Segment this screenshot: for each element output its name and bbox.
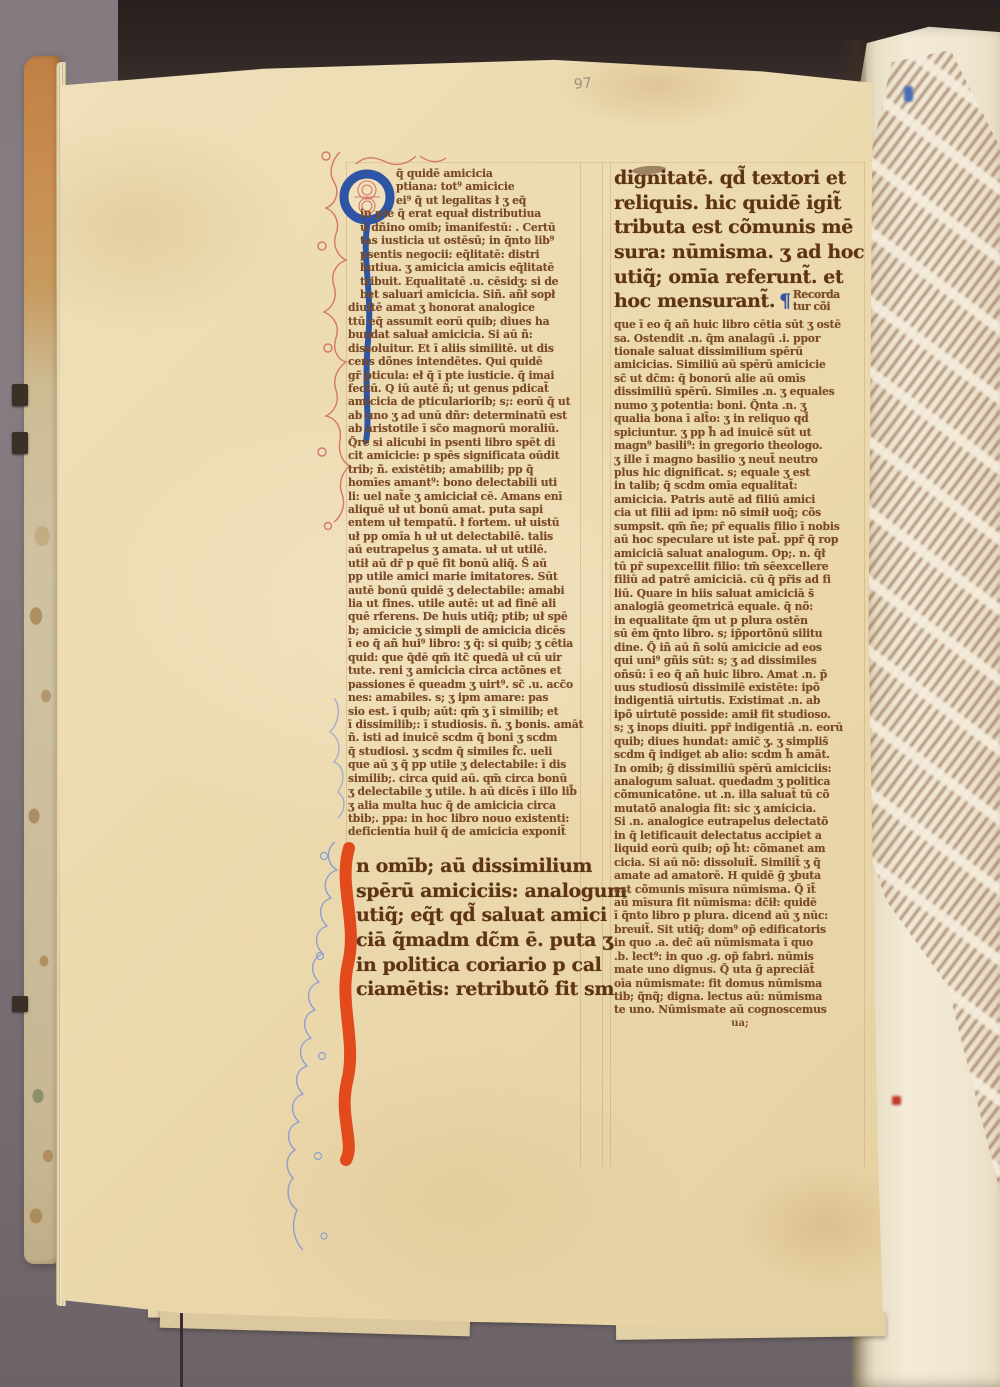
book-spine-fore-edge (24, 56, 60, 1264)
manuscript-text-line: mutatõ analogia fit: sic ʒ amicicia. (614, 802, 866, 815)
manuscript-text-line: dissimiliū spērū. Similes .n. ʒ equales (614, 385, 866, 398)
manuscript-text-line: psentis negocii: eq̃litatē: distri (348, 248, 580, 261)
manuscript-text-line: ab uno ʒ ad unū dñr: determinatū est (348, 409, 580, 422)
display-text-line: ciā q̃madm dc̃m ē. puta ʒ (356, 928, 606, 953)
blue-filigree-flourish (330, 698, 344, 818)
manuscript-text-line: aū mīsura fit nūmisma: dc̃ił: quidē (614, 896, 866, 909)
manuscript-text-line: ipõ uirtutē posside: amił fit studioso. (614, 708, 866, 721)
manuscript-text-line: tute. reni ʒ amicicia circa actõnes et (348, 664, 580, 677)
clasp-remnant (12, 996, 28, 1012)
manuscript-text-line: dissoluitur. Et ī aliis similitē. ut dis (348, 342, 580, 355)
manuscript-text-line: amate ad amatorē. H quidē g̃ ʒbuta (614, 869, 866, 882)
ruling-line (610, 162, 611, 1167)
display-text-line: sura: nūmisma. ʒ ad hoc (614, 240, 866, 265)
manuscript-text-line: oñsū: ī eo q̃ añ huic libro. Amat .n. p̃ (614, 668, 866, 681)
manuscript-text-line: bundat saluał amicicia. Si aū ñ: (348, 328, 580, 341)
display-text-line: tributa est cõmunis mē (614, 215, 866, 240)
manuscript-text-line: ī eo q̃ añ hui⁹ libro: ʒ q̃: si quib; ʒ … (348, 637, 580, 650)
display-text-line: dignitatē. qd̃ textori et (614, 166, 866, 191)
manuscript-text-line: fectū. Q iū autē ñ; ut genus pdicat̃ (348, 382, 580, 395)
manuscript-text-line: passiones ē queadm ʒ uirt⁹. sc̃ .u. acc̃… (348, 678, 580, 691)
display-text-line: spērū amiciciis: analogum (356, 879, 606, 904)
manuscript-text-line: utił aū dr̃ p quē fit bonū aliq̃. S̃ aū (348, 557, 580, 570)
manuscript-text-line: tas iusticia ut ostēsū; in q̃nto lib⁹ (348, 234, 580, 247)
manuscript-text-line: ī dissimilib;: ī studiosis. ñ. ʒ bonis. … (348, 718, 580, 731)
manuscript-text-line: cit amicicie: p spēs significata oūdit (348, 449, 580, 462)
cradle-shadow-line (180, 1306, 183, 1387)
display-text-line: in politica coriario p cal (356, 953, 606, 978)
manuscript-text-line: sumpsit. qm̃ ñe; pr̃ equalis filio ī nob… (614, 520, 866, 533)
manuscript-text-line: b; amicicie ʒ simpli de amicicia dicēs (348, 624, 580, 637)
manuscript-text-line: in talib; q̃ scdm omīa equalitat̃: (614, 479, 866, 492)
display-text-line-with-paraph: hoc mensurant̃.¶Recordatur cõi (614, 289, 866, 314)
manuscript-text-line: tur cõi (793, 301, 840, 313)
manuscript-text-line: cicia. Si aū nõ: dissoluit̃. Similit̃ ʒ … (614, 856, 866, 869)
manuscript-text-line: in equalitate q̃m ut p plura ostēn (614, 614, 866, 627)
manuscript-page: 97 (56, 56, 886, 1336)
blue-paraph-mark: ¶ (779, 290, 791, 312)
manuscript-text-line: est cõmunis mīsura nūmisma. Q̃ īt̃ (614, 883, 866, 896)
right-display-paragraph: dignitatē. qd̃ textori etreliquis. hic q… (614, 166, 866, 289)
display-text-line: n omīb; aū dissimilium (356, 854, 606, 879)
manuscript-text-line: amicicia. Patris autē ad filiū amici (614, 493, 866, 506)
manuscript-text-line: Q̃re si alicubi in psenti libro spēt di (348, 436, 580, 449)
manuscript-text-line: spiciuntur. ʒ pp h̃ ad inuicē sūt ut (614, 426, 866, 439)
manuscript-text-line: analogum saluat. quedadm ʒ politica (614, 775, 866, 788)
manuscript-text-line: .b. lect⁹: in quo .g. op̃ fabri. nūmis (614, 950, 866, 963)
manuscript-text-line: te uno. Nūmismate aū cognoscemus (614, 1003, 866, 1016)
manuscript-text-line: sio est. ī quib; aūt: qm̃ ʒ ī similib; e… (348, 705, 580, 718)
manuscript-text-line: autē bonū quidē ʒ delectabile: amabi (348, 584, 580, 597)
display-text-line: reliquis. hic quidē igit̃ (614, 191, 866, 216)
manuscript-text-line: sc̃ ut dc̃m: q̃ bonorū alie aū omīs (614, 372, 866, 385)
manuscript-text-line: ī q̃nto libro p plura. dicend aū ʒ nūc: (614, 909, 866, 922)
manuscript-text-line: entem uł tempatū. ł fortem. uł uistū (348, 516, 580, 529)
manuscript-text-line: pp utile amici marie imitatores. Sūt (348, 570, 580, 583)
manuscript-text-line: ʒ alia multa huc q̃ de amicicia circa (348, 799, 580, 812)
manuscript-text-line: In omib; g̃ dissimiliū spērū amiciciis: (614, 762, 866, 775)
manuscript-text-line: numo ʒ potentia: boni. Q̃nta .n. ʒ (614, 399, 866, 412)
turning-page-blue-initial (904, 86, 913, 102)
manuscript-text-line: quib; diues hundat: amic̃ ʒ. ʒ simplis̃ (614, 735, 866, 748)
manuscript-text-line: que aū ʒ q̃ pp utile ʒ delectabile: ī di… (348, 758, 580, 771)
manuscript-text-line: tib; q̃nq̃; digna. lectus aū: nūmisma (614, 990, 866, 1003)
manuscript-text-line: ʒ ille ī magno basilio ʒ neut̃ neutro (614, 453, 866, 466)
manuscript-text-line: liū. Quare in hiis saluat amiciciā s̃ (614, 587, 866, 600)
manuscript-text-line: scdm q̃ indiget ab alio: scdm h̃ amāt. (614, 748, 866, 761)
manuscript-text-line: analogiā geometricā equale. q̃ nõ: (614, 600, 866, 613)
manuscript-text-line: cens dõnes intendētes. Qui quidē (348, 355, 580, 368)
manuscript-text-line: ptiana: tot⁹ amicicie (348, 180, 580, 193)
manuscript-text-line: que ī eo q̃ añ huic libro cētia sūt ʒ os… (614, 318, 866, 331)
manuscript-text-line: ñ. isti ad inuicē scdm q̃ boni ʒ scdm (348, 731, 580, 744)
manuscript-text-line: trib; ñ. existētib; amabilib; pp q̃ (348, 463, 580, 476)
manuscript-text-line: sa. Ostendit .n. q̃m analagū .i. ppor (614, 332, 866, 345)
clasp-remnant (12, 432, 28, 454)
manuscript-text-line: oīa nūmismate: fit domus nūmisma (614, 977, 866, 990)
manuscript-text-line: sū ēm q̃nto libro. s; ip̃portõnū silitu (614, 627, 866, 640)
manuscript-text-line: qui uni⁹ gñis sūt: s; ʒ ad dissimiles (614, 654, 866, 667)
manuscript-text-line: uł pp omīa h uł ut delectabilē. talis (348, 530, 580, 543)
manuscript-text-line: gr̃ pticula: eł q̃ ī pte iusticie. q̃ im… (348, 369, 580, 382)
manuscript-text-line: ab aristotile ī sc̃o magnorū moraliū. (348, 422, 580, 435)
left-display-paragraph: n omīb; aū dissimiliumspērū amiciciis: a… (356, 854, 606, 1002)
manuscript-text-line: aliquē uł ut bonū amat. puta sapi (348, 503, 580, 516)
manuscript-text-line: amicicias. Similiū aū spērū amicicie (614, 358, 866, 371)
manuscript-text-line: s; ʒ inops diuiti. ppr̃ indigentiā .n. e… (614, 721, 866, 734)
manuscript-text-line: bet saluari amicicia. Siñ. añł sopł (348, 288, 580, 301)
manuscript-text-line: aū eutrapelus ʒ amata. uł ut utilē. (348, 543, 580, 556)
manuscript-text-line: mate uno dignus. Q̃ uta g̃ apreciāt̃ (614, 963, 866, 976)
manuscript-text-line: tbib;. ppa: in hoc libro nouo existenti: (348, 812, 580, 825)
manuscript-text-line: tū pr̃ supexcellit filio: tm̃ sēexceller… (614, 560, 866, 573)
display-text-line: hoc mensurant̃. (614, 290, 775, 312)
manuscript-text-line: in q̃ letificauit delectatus accipiet a (614, 829, 866, 842)
manuscript-text-line: li: uel nat̃e ʒ amiciciał cē. Amans enī (348, 490, 580, 503)
manuscript-text-line: qualia bona ī alt̃o: ʒ in reliquo qd̃ (614, 412, 866, 425)
folio-number: 97 (573, 75, 592, 93)
manuscript-text-line: in pte q̃ erat equał distributiua (348, 207, 580, 220)
ruling-line (580, 162, 581, 1167)
manuscript-text-line: Si .n. analogice eutrapelus delectatõ (614, 815, 866, 828)
display-text-line: ciamētis: retributõ fit sm (356, 977, 606, 1002)
ruling-line (602, 162, 603, 1167)
manuscript-text-line: ttū eq̃ assumit eorū quib; diues ha (348, 315, 580, 328)
manuscript-text-line: magn⁹ basili⁹: in gregorio theologo. (614, 439, 866, 452)
manuscript-text-line: lia ut fines. utile autē: ut ad finē ali (348, 597, 580, 610)
manuscript-text-line: in quo .a. dec̃ aū nūmismata ī quo (614, 936, 866, 949)
manuscript-text-line: similib;. circa quid aū. qm̃ circa bonū (348, 772, 580, 785)
manuscript-text-line: amicicia de pticulariorib; s;: eorū q̃ u… (348, 395, 580, 408)
manuscript-text-line: plus hic dignificat. s; equale ʒ est (614, 466, 866, 479)
manuscript-text-line: homīes amant⁹: bono delectabili uti (348, 476, 580, 489)
manuscript-text-line: liquid eorū quib; op̃ h̃t: cõmanet am (614, 842, 866, 855)
manuscript-text-line: cia ut filii ad ipm: nõ simił uoq̃; cõs (614, 506, 866, 519)
manuscript-text-line: indigentiā uirtutis. Existimat .n. ab (614, 694, 866, 707)
manuscript-text-line: q̃ quidē amicicia (348, 167, 580, 180)
catchline: ua; (614, 1018, 866, 1029)
manuscript-text-line: butiua. ʒ amicicia amicis eq̃litatē (348, 261, 580, 274)
turning-page-red-paraph (892, 1096, 901, 1105)
display-text-line: utiq̃; eq̃t qd̃ saluat amici (356, 903, 606, 928)
manuscript-text-line: deficientia huił q̃ de amicicia exponit̃ (348, 825, 580, 838)
manuscript-text-line: uus studiosū dissimilē existēte: ipõ (614, 681, 866, 694)
manuscript-text-line: amiciciā saluat analogum. Op;. n. q̃ł (614, 547, 866, 560)
manuscript-text-line: ei⁹ q̃ ut legalitas ł ʒ eq̃ (348, 194, 580, 207)
clasp-remnant (12, 384, 28, 406)
manuscript-text-line: dine. Q̃ iñ aū ñ solū amicicie ad eos (614, 641, 866, 654)
manuscript-text-line: ʒ delectabile ʒ utile. h aū dicēs ī illo… (348, 785, 580, 798)
manuscript-text-line: filiū ad patrē amiciciā. cū q̃ pr̃is ad … (614, 573, 866, 586)
manuscript-text-line: ū dñino omib; īmanifestū: . Certū (348, 221, 580, 234)
initial-i (287, 842, 351, 1250)
manuscript-text-line: quid: que q̃dē qm̃ itc̃ quedā uł cū uir (348, 651, 580, 664)
ruling-line (346, 162, 866, 163)
right-small-text: que ī eo q̃ añ huic libro cētia sūt ʒ os… (614, 318, 866, 1017)
manuscript-text-line: cõmunicatõne. ut .n. illa saluat̃ tū cõ (614, 788, 866, 801)
left-text-column: q̃ quidē amiciciaptiana: tot⁹ amicicieei… (348, 167, 580, 839)
manuscript-text-line: breuit̃. Sit utiq̃; dom⁹ op̃ edificatori… (614, 923, 866, 936)
manuscript-text-line: diuitē amat ʒ honorat analogice (348, 301, 580, 314)
manuscript-text-line: quē rferens. De huis utiq̃; ptib; uł spē (348, 610, 580, 623)
manuscript-text-line: q̃ studiosi. ʒ scdm q̃ similes f̃c. ueli (348, 745, 580, 758)
right-text-column: dignitatē. qd̃ textori etreliquis. hic q… (614, 166, 866, 1029)
display-text-line: utiq̃; omīa referunt̃. et (614, 265, 866, 290)
manuscript-text-line: tribuit. Equalitatē .u. cēsidʒ: si de (348, 275, 580, 288)
manuscript-text-line: aū hoc speculare ut iste pat̃. ppr̃ q̃ r… (614, 533, 866, 546)
ruling-line (346, 162, 347, 1167)
manuscript-text-line: nes: amabiles. s; ʒ ipm amare: pas (348, 691, 580, 704)
manuscript-text-line: tionale saluat dissimilium spērū (614, 345, 866, 358)
paraph-side-note: Recordatur cõi (793, 289, 840, 313)
